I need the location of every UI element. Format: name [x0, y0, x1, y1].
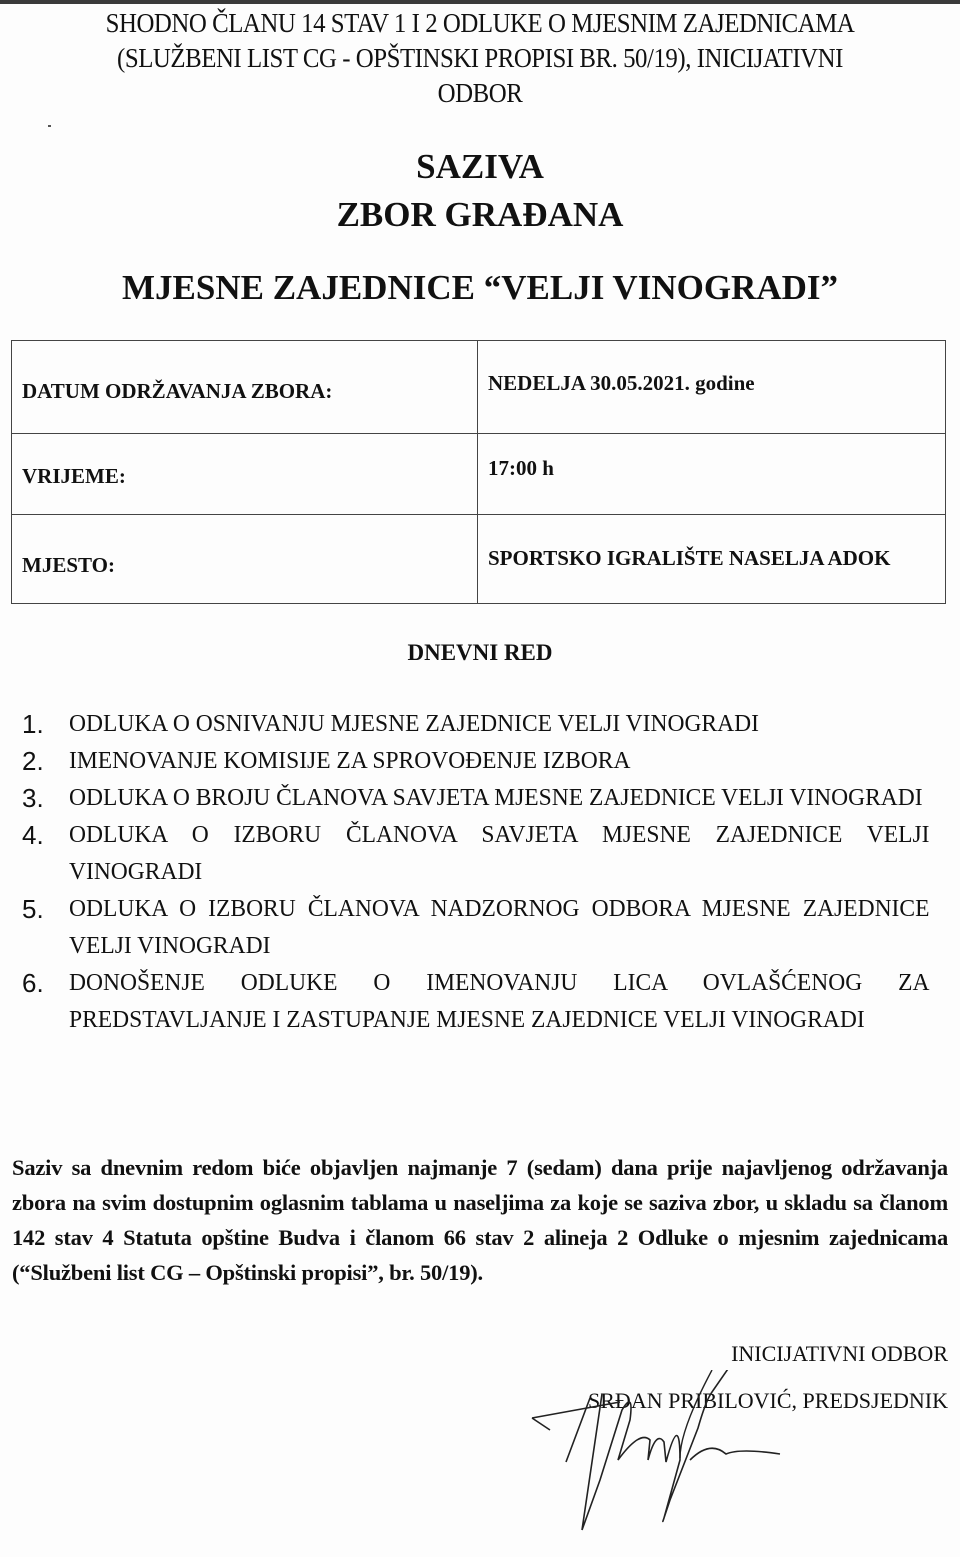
date-value: NEDELJA 30.05.2021. godine [478, 341, 946, 434]
legal-basis-header: SHODNO ČLANU 14 STAV 1 I 2 ODLUKE O MJES… [57, 6, 903, 111]
list-item: 6.DONOŠENJE ODLUKE O IMENOVANJU LICA OVL… [22, 965, 947, 1039]
item-text: ODLUKA O IZBORU ČLANOVA SAVJETA MJESNE Z… [69, 817, 929, 891]
item-text: DONOŠENJE ODLUKE O IMENOVANJU LICA OVLAŠ… [69, 965, 929, 1039]
item-text: ODLUKA O OSNIVANJU MJESNE ZAJEDNICE VELJ… [69, 706, 929, 743]
item-number: 4. [22, 817, 69, 891]
time-label: VRIJEME: [12, 434, 478, 515]
time-value: 17:00 h [478, 434, 946, 515]
table-row: DATUM ODRŽAVANJA ZBORA: NEDELJA 30.05.20… [12, 341, 946, 434]
list-item: 1.ODLUKA O OSNIVANJU MJESNE ZAJEDNICE VE… [22, 706, 947, 743]
header-line: (SLUŽBENI LIST CG - OPŠTINSKI PROPISI BR… [57, 41, 903, 76]
meeting-info-table: DATUM ODRŽAVANJA ZBORA: NEDELJA 30.05.20… [11, 340, 946, 604]
header-line: SHODNO ČLANU 14 STAV 1 I 2 ODLUKE O MJES… [57, 6, 903, 41]
table-row: VRIJEME: 17:00 h [12, 434, 946, 515]
agenda-list: 1.ODLUKA O OSNIVANJU MJESNE ZAJEDNICE VE… [22, 706, 947, 1039]
title-zbor: ZBOR GRAĐANA [0, 191, 960, 239]
publication-notice: Saziv sa dnevnim redom biće objavljen na… [12, 1150, 948, 1290]
item-text: IMENOVANJE KOMISIJE ZA SPROVOĐENJE IZBOR… [69, 743, 929, 780]
item-text: ODLUKA O IZBORU ČLANOVA NADZORNOG ODBORA… [69, 891, 929, 965]
list-item: 5.ODLUKA O IZBORU ČLANOVA NADZORNOG ODBO… [22, 891, 947, 965]
item-number: 6. [22, 965, 69, 1039]
agenda-heading: DNEVNI RED [0, 640, 960, 666]
place-value: SPORTSKO IGRALIŠTE NASELJA ADOK [478, 515, 946, 604]
date-label: DATUM ODRŽAVANJA ZBORA: [12, 341, 478, 434]
list-item: 4.ODLUKA O IZBORU ČLANOVA SAVJETA MJESNE… [22, 817, 947, 891]
item-number: 2. [22, 743, 69, 780]
handwritten-signature-icon [530, 1370, 790, 1550]
signatory-body: INICIJATIVNI ODBOR [731, 1341, 948, 1367]
scan-border [0, 0, 960, 4]
list-item: 3.ODLUKA O BROJU ČLANOVA SAVJETA MJESNE … [22, 780, 947, 817]
item-number: 5. [22, 891, 69, 965]
list-item: 2.IMENOVANJE KOMISIJE ZA SPROVOĐENJE IZB… [22, 743, 947, 780]
title-saziva: SAZIVA [0, 143, 960, 191]
item-number: 3. [22, 780, 69, 817]
title-mjesna-zajednica: MJESNE ZAJEDNICE “VELJI VINOGRADI” [0, 268, 960, 308]
scan-speck [48, 125, 51, 127]
header-line: ODBOR [57, 76, 903, 111]
table-row: MJESTO: SPORTSKO IGRALIŠTE NASELJA ADOK [12, 515, 946, 604]
item-text: ODLUKA O BROJU ČLANOVA SAVJETA MJESNE ZA… [69, 780, 929, 817]
document-title: SAZIVA ZBOR GRAĐANA [0, 143, 960, 239]
item-number: 1. [22, 706, 69, 743]
place-label: MJESTO: [12, 515, 478, 604]
